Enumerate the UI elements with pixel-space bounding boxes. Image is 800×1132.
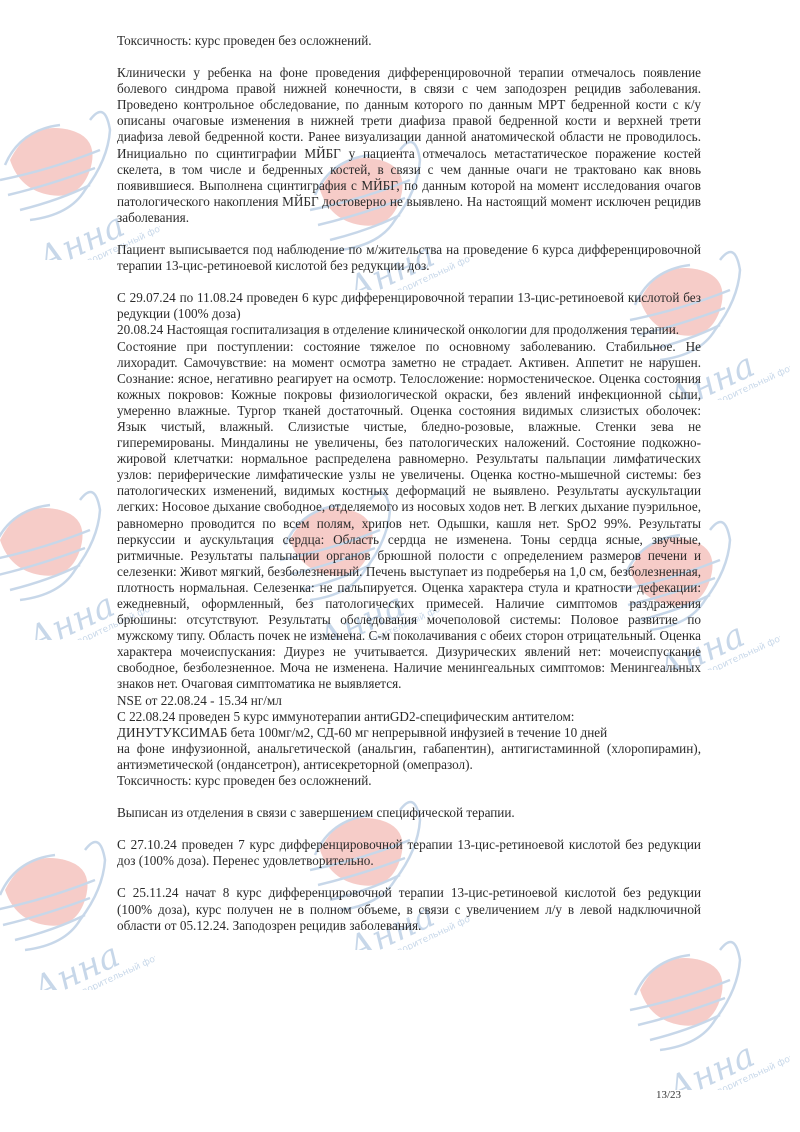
svg-text:благотворительный фонд: благотворительный фонд bbox=[52, 950, 155, 990]
svg-text:Анна: Анна bbox=[30, 205, 131, 260]
paragraph-spacer bbox=[117, 49, 701, 65]
paragraph: 20.08.24 Настоящая госпитализация в отде… bbox=[117, 322, 701, 338]
paragraph: ДИНУТУКСИМАБ бета 100мг/м2, СД-60 мг неп… bbox=[117, 725, 701, 741]
paragraph: Клинически у ребенка на фоне проведения … bbox=[117, 65, 701, 226]
paragraph: С 29.07.24 по 11.08.24 проведен 6 курс д… bbox=[117, 290, 701, 322]
svg-text:благотворительный фонд: благотворительный фонд bbox=[687, 1050, 790, 1090]
paragraph: Токсичность: курс проведен без осложнени… bbox=[117, 33, 701, 49]
paragraph-spacer bbox=[117, 789, 701, 805]
paragraph-spacer bbox=[117, 821, 701, 837]
svg-text:Анна: Анна bbox=[660, 1035, 761, 1090]
paragraph: Выписан из отделения в связи с завершени… bbox=[117, 805, 701, 821]
paragraph: на фоне инфузионной, анальгетической (ан… bbox=[117, 741, 701, 773]
paragraph: С 27.10.24 проведен 7 курс дифференциров… bbox=[117, 837, 701, 869]
charity-fund-logo-icon: Аннаблаготворительный фонд bbox=[620, 920, 790, 1090]
paragraph-spacer bbox=[117, 226, 701, 242]
paragraph: С 25.11.24 начат 8 курс дифференцировочн… bbox=[117, 885, 701, 933]
paragraph: Токсичность: курс проведен без осложнени… bbox=[117, 773, 701, 789]
page-number: 13/23 bbox=[656, 1089, 681, 1101]
paragraph: С 22.08.24 проведен 5 курс иммунотерапии… bbox=[117, 709, 701, 725]
document-body: Токсичность: курс проведен без осложнени… bbox=[117, 33, 701, 934]
svg-text:Анна: Анна bbox=[20, 585, 121, 640]
svg-text:Анна: Анна bbox=[25, 935, 126, 990]
paragraph-spacer bbox=[117, 274, 701, 290]
svg-text:благотворительный фонд: благотворительный фонд bbox=[687, 360, 790, 400]
paragraph: NSE от 22.08.24 - 15.34 нг/мл bbox=[117, 693, 701, 709]
paragraph-spacer bbox=[117, 869, 701, 885]
paragraph: Пациент выписывается под наблюдение по м… bbox=[117, 242, 701, 274]
document-page: Аннаблаготворительный фондАннаблаготвори… bbox=[0, 0, 800, 1132]
paragraph: Состояние при поступлении: состояние тяж… bbox=[117, 339, 701, 693]
